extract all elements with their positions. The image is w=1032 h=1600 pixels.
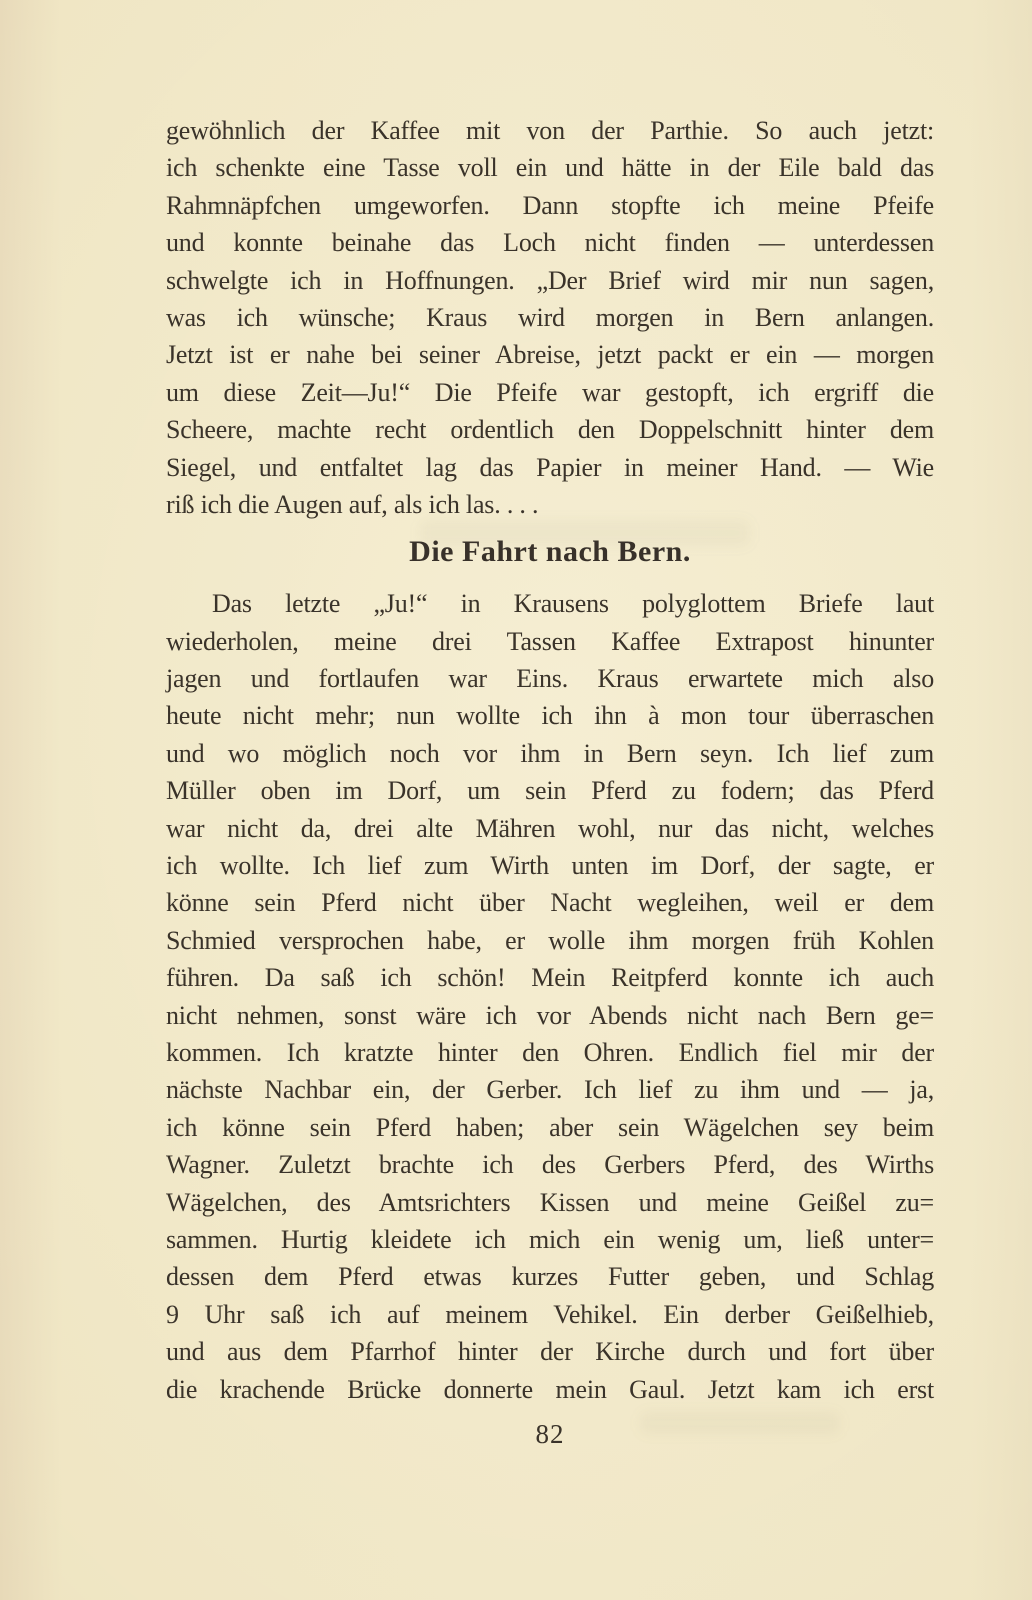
- text-line: gewöhnlich der Kaffee mit von der Parthi…: [166, 112, 934, 149]
- text-line: war nicht da, drei alte Mähren wohl, nur…: [166, 810, 934, 847]
- book-page-scan: gewöhnlich der Kaffee mit von der Parthi…: [0, 0, 1032, 1600]
- text-column: gewöhnlich der Kaffee mit von der Parthi…: [166, 112, 934, 1450]
- text-line: 9 Uhr saß ich auf meinem Vehikel. Ein de…: [166, 1296, 934, 1333]
- text-line: Wägelchen, des Amtsrichters Kissen und m…: [166, 1184, 934, 1221]
- text-line: nächste Nachbar ein, der Gerber. Ich lie…: [166, 1071, 934, 1108]
- text-line: ich schenkte eine Tasse voll ein und hät…: [166, 149, 934, 186]
- text-line: ich wollte. Ich lief zum Wirth unten im …: [166, 847, 934, 884]
- text-line: was ich wünsche; Kraus wird morgen in Be…: [166, 299, 934, 336]
- text-line: nicht nehmen, sonst wäre ich vor Abends …: [166, 997, 934, 1034]
- text-line: Wagner. Zuletzt brachte ich des Gerbers …: [166, 1146, 934, 1183]
- text-line: kommen. Ich kratzte hinter den Ohren. En…: [166, 1034, 934, 1071]
- text-line: schwelgte ich in Hoffnungen. „Der Brief …: [166, 262, 934, 299]
- text-line: könne sein Pferd nicht über Nacht weglei…: [166, 884, 934, 921]
- text-line: und konnte beinahe das Loch nicht finden…: [166, 224, 934, 261]
- text-line: die krachende Brücke donnerte mein Gaul.…: [166, 1371, 934, 1408]
- text-line: und aus dem Pfarrhof hinter der Kirche d…: [166, 1333, 934, 1370]
- text-line: Das letzte „Ju!“ in Krausens polyglottem…: [166, 585, 934, 622]
- text-line: heute nicht mehr; nun wollte ich ihn à m…: [166, 697, 934, 734]
- text-line: wiederholen, meine drei Tassen Kaffee Ex…: [166, 623, 934, 660]
- chapter-paragraph: Das letzte „Ju!“ in Krausens polyglottem…: [166, 585, 934, 1408]
- text-line: Jetzt ist er nahe bei seiner Abreise, je…: [166, 336, 934, 373]
- text-line: Scheere, machte recht ordentlich den Dop…: [166, 411, 934, 448]
- text-line: ich könne sein Pferd haben; aber sein Wä…: [166, 1109, 934, 1146]
- text-line: und wo möglich noch vor ihm in Bern seyn…: [166, 735, 934, 772]
- chapter-heading: Die Fahrt nach Bern.: [166, 530, 934, 574]
- text-line: dessen dem Pferd etwas kurzes Futter geb…: [166, 1258, 934, 1295]
- text-line: Siegel, und entfaltet lag das Papier in …: [166, 449, 934, 486]
- text-line: Schmied versprochen habe, er wolle ihm m…: [166, 922, 934, 959]
- text-line: jagen und fortlaufen war Eins. Kraus erw…: [166, 660, 934, 697]
- text-line: Rahmnäpfchen umgeworfen. Dann stopfte ic…: [166, 187, 934, 224]
- text-line: führen. Da saß ich schön! Mein Reitpferd…: [166, 959, 934, 996]
- text-line: Müller oben im Dorf, um sein Pferd zu fo…: [166, 772, 934, 809]
- text-line: sammen. Hurtig kleidete ich mich ein wen…: [166, 1221, 934, 1258]
- text-line: um diese Zeit—Ju!“ Die Pfeife war gestop…: [166, 374, 934, 411]
- text-line: riß ich die Augen auf, als ich las. . . …: [166, 486, 934, 523]
- page-number: 82: [166, 1419, 934, 1450]
- paragraph-continuation: gewöhnlich der Kaffee mit von der Parthi…: [166, 112, 934, 523]
